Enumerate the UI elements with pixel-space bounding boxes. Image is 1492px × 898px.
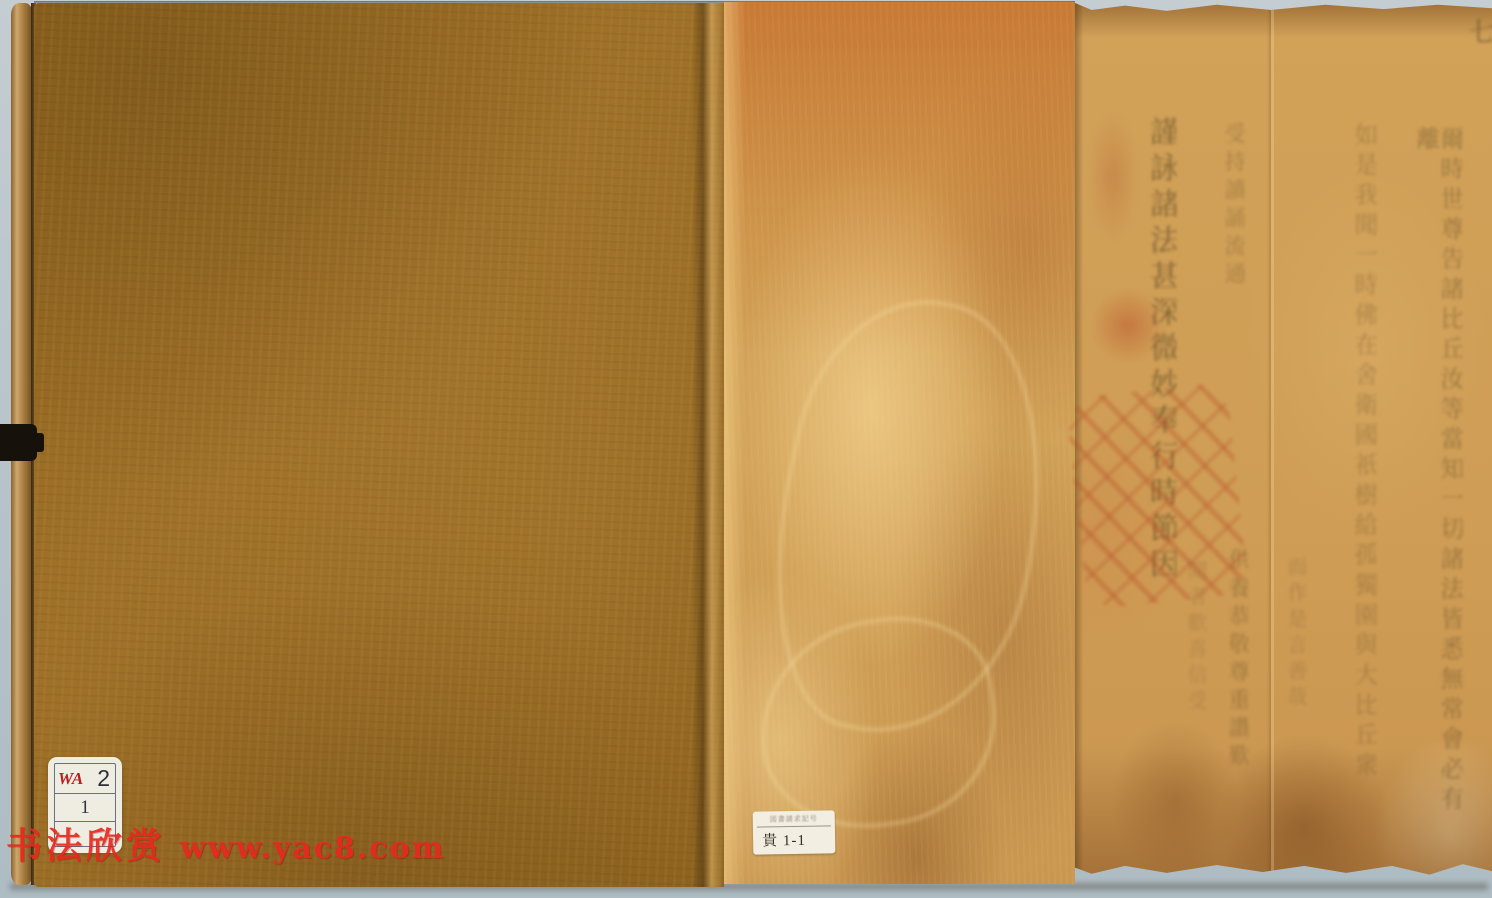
call-number-caption: 図書請求記号: [757, 813, 831, 824]
shelf-label-row-1: WA 2: [55, 764, 115, 794]
red-seal-hatching: [1065, 382, 1248, 610]
watermark-site-name: 书法欣赏: [6, 818, 166, 869]
call-number-value: 貴 1-1: [757, 826, 831, 850]
ink-bleedthrough-column: 大般若波羅蜜多經卷第二百五十七初分難信解品第三十四之七: [1466, 18, 1492, 850]
red-seal-stain: [1076, 274, 1180, 378]
ink-bleedthrough-column: 受持讀誦流通: [1222, 122, 1244, 292]
call-number-sticker: 図書請求記号 貴 1-1: [753, 810, 836, 854]
cover-fold-crease: [692, 3, 724, 887]
red-seal-stain: [1088, 112, 1138, 242]
black-clip: [0, 424, 37, 461]
shelf-label-code: WA: [58, 769, 83, 789]
shelf-label-subnumber: 1: [80, 797, 90, 819]
scroll-cover-panel: [34, 3, 724, 887]
watermark-site-url: www.yac8.com: [180, 831, 445, 866]
site-watermark: 书法欣赏 www.yac8.com: [6, 818, 445, 869]
shelf-label-number: 2: [97, 765, 110, 792]
ink-bleedthrough-column: 爾時世尊告諸比丘汝等當知一切諸法皆悉無常會必有離: [1414, 126, 1462, 816]
ink-bleedthrough-column: 如是我聞一時佛在舍衛國祇樹給孤獨園與大比丘衆: [1352, 122, 1376, 792]
manuscript-photo: 謹詠諸法甚深微妙奉行時節因 受持讀誦流通 供養恭敬尊重讚歎 而作是言善哉 如是我…: [0, 0, 1492, 898]
ink-bleedthrough-column: 而作是言善哉: [1286, 556, 1306, 716]
